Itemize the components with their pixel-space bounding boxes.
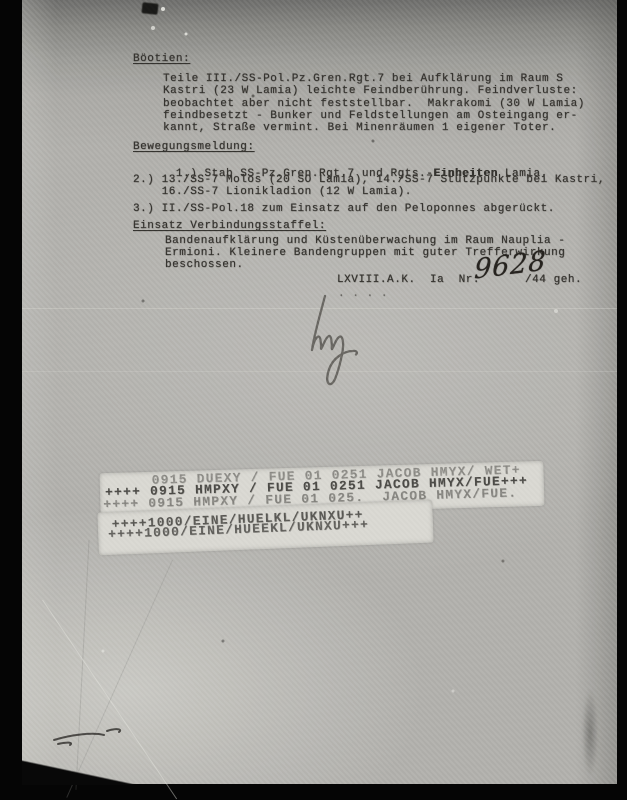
section-heading-bewegungsmeldung: Bewegungsmeldung: — [133, 141, 255, 153]
typed-list-item-2-cont: 16./SS-7 Lionikladion (12 W Lamia). — [133, 186, 412, 198]
typed-line: Bandenaufklärung und Küstenüberwachung i… — [165, 235, 565, 247]
typed-list-item-3: 3.) II./SS-Pol.18 zum Einsatz auf den Pe… — [133, 203, 555, 215]
typed-line: beobachtet aber nicht feststellbar. Makr… — [163, 98, 585, 110]
paper-page: Böotien: Teile III./SS-Pol.Pz.Gren.Rgt.7… — [22, 0, 617, 784]
typed-line: kannt, Straße vermint. Bei Minenräumen 1… — [163, 122, 556, 134]
dust-specks-dark — [22, 0, 24, 2]
typed-line: beschossen. — [165, 259, 244, 271]
section-heading-einsatz-verbindungsstaffel: Einsatz Verbindungsstaffel: — [133, 220, 326, 232]
typed-line: Teile III./SS-Pol.Pz.Gren.Rgt.7 bei Aufk… — [163, 73, 563, 85]
paper-crease-line — [75, 540, 89, 790]
pencil-scribble-bottom — [48, 722, 143, 750]
typed-line: Kastri (23 W Lamia) leichte Feindberühru… — [163, 85, 578, 97]
ink-smudge-top — [141, 2, 158, 15]
scan-corner-shadow — [22, 757, 154, 785]
signature-scrawl — [285, 293, 395, 393]
edge-smudge — [582, 688, 598, 778]
reference-line-suffix: /44 geh. — [525, 274, 582, 286]
section-heading-booetien: Böotien: — [133, 53, 190, 65]
typed-list-item-2: 2.) 13./SS-7 Molos (20 SO Lamia), 14./SS… — [133, 174, 605, 186]
scanned-document-photo: Böotien: Teile III./SS-Pol.Pz.Gren.Rgt.7… — [0, 0, 627, 800]
typed-line: feindbesetzt - Bunker und Feldstellungen… — [163, 110, 578, 122]
reference-line-prefix: LXVIII.A.K. Ia Nr. — [337, 274, 480, 286]
